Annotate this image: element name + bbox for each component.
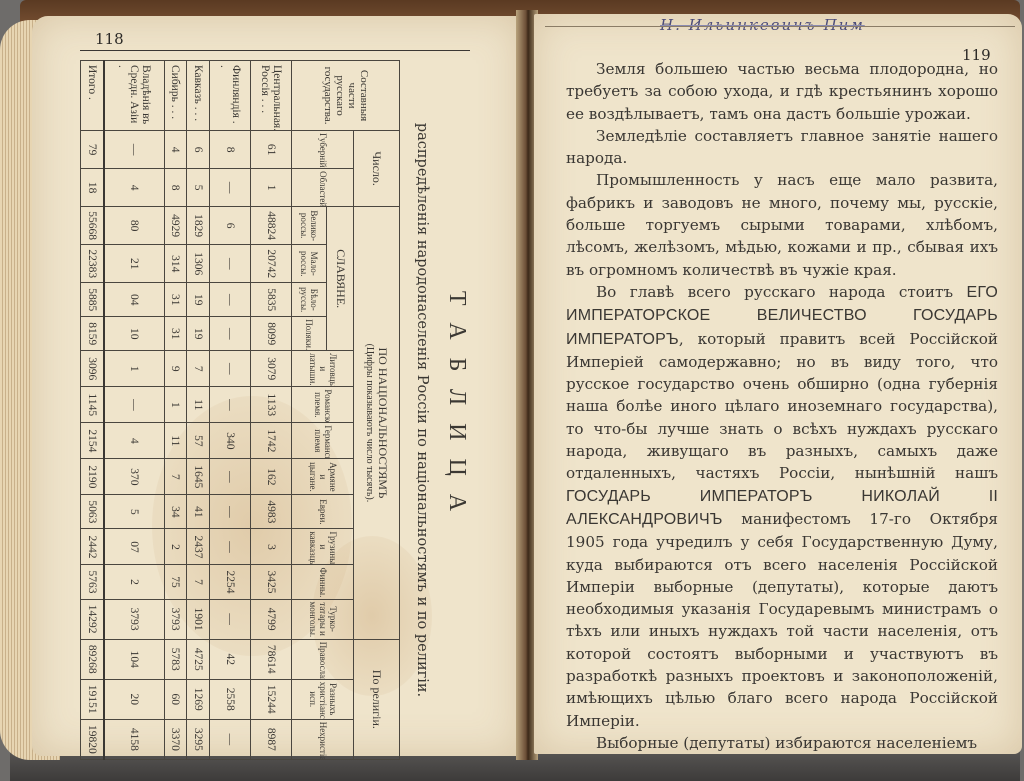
row-label: Сибирь . . . <box>164 61 187 131</box>
cell: 104 <box>104 639 164 679</box>
cell: 14292 <box>81 599 105 639</box>
cell: — <box>210 169 251 207</box>
table-body: Центральная. Россія . . . 61 1 48824 207… <box>81 61 292 760</box>
col-header: Областей. <box>292 169 354 207</box>
paragraph: Выборные (депутаты) избираются населеніе… <box>566 732 998 754</box>
cell: 370 <box>104 459 164 495</box>
group-slavs: СЛАВЯНЕ. <box>327 207 354 351</box>
col-header: Нехристіан. <box>292 719 354 759</box>
group-nationality-label: ПО НАЦІОНАЛЬНОСТЯМЪ <box>376 347 390 498</box>
cell: 3096 <box>81 351 105 387</box>
col-header: Евреи. <box>292 495 354 529</box>
cell: 21 <box>104 245 164 283</box>
population-table: ТАБЛИЦА распредѣленія народонаселенія Ро… <box>80 60 470 760</box>
table-row: Финляндія . . 8 — 6 — — — — — 340 — — — … <box>210 61 251 760</box>
table-subtitle: распредѣленія народонаселенія Россіи по … <box>410 60 430 760</box>
cell: 8159 <box>81 317 105 351</box>
cell: — <box>210 719 251 759</box>
cell: 10 <box>104 317 164 351</box>
group-nationality-note: (Цифры показываютъ число тысячъ). <box>364 209 375 637</box>
cell: — <box>210 459 251 495</box>
cell: 4983 <box>251 495 292 529</box>
cell: 3425 <box>251 565 292 599</box>
cell: 3295 <box>187 719 210 759</box>
cell: 8 <box>210 131 251 169</box>
col-header: Финны. <box>292 565 354 599</box>
cell: 75 <box>164 565 187 599</box>
table-row: Центральная. Россія . . . 61 1 48824 207… <box>251 61 292 760</box>
cell: 1742 <box>251 423 292 459</box>
cell: 22383 <box>81 245 105 283</box>
cell: — <box>210 529 251 565</box>
cell: 5 <box>104 495 164 529</box>
cell: 18 <box>81 169 105 207</box>
data-grid: Составныя части русскаго государства. Чи… <box>80 60 400 760</box>
table-row: Сибирь . . . 4 8 4929 314 31 31 9 1 11 7… <box>164 61 187 760</box>
cell: 1145 <box>81 387 105 423</box>
col-header: Разныхъ христіанскихъ исп. <box>292 679 354 719</box>
cell: 3370 <box>164 719 187 759</box>
cell: 8099 <box>251 317 292 351</box>
cell: 6 <box>210 207 251 245</box>
cell: 61 <box>251 131 292 169</box>
top-rule <box>545 26 1015 27</box>
cell: 5885 <box>81 283 105 317</box>
cell: 11 <box>164 423 187 459</box>
cell: 2254 <box>210 565 251 599</box>
col-header: Турко-татары и монголы. <box>292 599 354 639</box>
cell: 2 <box>104 565 164 599</box>
cell: 1901 <box>187 599 210 639</box>
cell: 5063 <box>81 495 105 529</box>
cell: 31 <box>164 317 187 351</box>
table-title: ТАБЛИЦА <box>440 60 470 760</box>
paragraph: Земледѣліе составляетъ главное занятіе н… <box>566 125 998 170</box>
cell: 41 <box>187 495 210 529</box>
cell: 78614 <box>251 639 292 679</box>
cell: — <box>210 599 251 639</box>
cell: — <box>210 283 251 317</box>
text-run: Во главѣ всего русскаго народа стоитъ <box>596 283 967 301</box>
cell: 31 <box>164 283 187 317</box>
cell: 314 <box>164 245 187 283</box>
text-run: , который правитъ всей Россійской Импері… <box>566 330 998 483</box>
row-label: Центральная. Россія . . . <box>251 61 292 131</box>
cell: 1306 <box>187 245 210 283</box>
cell: 7 <box>187 565 210 599</box>
cell: 2442 <box>81 529 105 565</box>
cell: 60 <box>164 679 187 719</box>
cell: 57 <box>187 423 210 459</box>
cell: 5763 <box>81 565 105 599</box>
table-row: Кавказъ . . . 6 5 1829 1306 19 19 7 11 5… <box>187 61 210 760</box>
cell: 19151 <box>81 679 105 719</box>
paragraph: Во главѣ всего русскаго народа стоитъ ЕГ… <box>566 281 998 732</box>
cell: 55668 <box>81 207 105 245</box>
cell: 2190 <box>81 459 105 495</box>
table-row: Владѣнія въ Средн. Азіи . — 4 80 21 04 1… <box>104 61 164 760</box>
row-label: Итого . <box>81 61 105 131</box>
col-header: Романское племя. <box>292 387 354 423</box>
cell: 3793 <box>104 599 164 639</box>
cell: 3 <box>251 529 292 565</box>
cell: 1829 <box>187 207 210 245</box>
col-header: Армяне и цыгане. <box>292 459 354 495</box>
cell: 1133 <box>251 387 292 423</box>
col-header: Велико-россы. <box>292 207 327 245</box>
cell: 4799 <box>251 599 292 639</box>
cell: 3079 <box>251 351 292 387</box>
paragraph: Промышленность у насъ еще мало развита, … <box>566 169 998 280</box>
cell: 1 <box>164 387 187 423</box>
cell: 07 <box>104 529 164 565</box>
cell: — <box>104 387 164 423</box>
cell: 4929 <box>164 207 187 245</box>
cell: 9 <box>164 351 187 387</box>
cell: 2437 <box>187 529 210 565</box>
col-header: Грузины и кавказцы. <box>292 529 354 565</box>
cell: 11 <box>187 387 210 423</box>
row-label: Финляндія . . <box>210 61 251 131</box>
row-header: Составныя части русскаго государства. <box>292 61 400 131</box>
body-text: Земля большею частью весьма плодородна, … <box>566 58 998 754</box>
cell: 8 <box>164 169 187 207</box>
col-header: Бѣло-руссы. <box>292 283 327 317</box>
cell: — <box>210 245 251 283</box>
cell: — <box>104 131 164 169</box>
cell: 2 <box>164 529 187 565</box>
cell: 4725 <box>187 639 210 679</box>
cell: — <box>210 351 251 387</box>
header-rule <box>80 50 470 51</box>
cell: 340 <box>210 423 251 459</box>
group-nationality: ПО НАЦІОНАЛЬНОСТЯМЪ (Цифры показываютъ ч… <box>354 207 400 640</box>
col-header: Германское племя <box>292 423 354 459</box>
col-header: Литовцы и латыши. <box>292 351 354 387</box>
cell: 5 <box>187 169 210 207</box>
cell: 20 <box>104 679 164 719</box>
cell: 80 <box>104 207 164 245</box>
paragraph: Земля большею частью весьма плодородна, … <box>566 58 998 125</box>
cell: 7 <box>187 351 210 387</box>
cell: 1645 <box>187 459 210 495</box>
cell: 79 <box>81 131 105 169</box>
group-count: Число. <box>354 131 400 207</box>
handwritten-signature: Н. Ильинкевичъ-Пим <box>660 16 865 34</box>
cell: 4 <box>104 423 164 459</box>
text-run: манифестомъ 17-го Октября 1905 года учре… <box>566 510 998 730</box>
cell: 4 <box>104 169 164 207</box>
row-label: Кавказъ . . . <box>187 61 210 131</box>
cell: 6 <box>187 131 210 169</box>
cell: 15244 <box>251 679 292 719</box>
cell: 2154 <box>81 423 105 459</box>
cell: 20742 <box>251 245 292 283</box>
cell: 4158 <box>104 719 164 759</box>
row-label: Владѣнія въ Средн. Азіи . <box>104 61 164 131</box>
open-book: 118 ТАБЛИЦА распредѣленія народонаселені… <box>0 0 1024 781</box>
cell: — <box>210 495 251 529</box>
cell: 8987 <box>251 719 292 759</box>
cell: — <box>210 387 251 423</box>
cell: 2558 <box>210 679 251 719</box>
cell: 3793 <box>164 599 187 639</box>
cell: 162 <box>251 459 292 495</box>
col-header: Мало-россы. <box>292 245 327 283</box>
cell: 5835 <box>251 283 292 317</box>
group-religion: По религіи. <box>354 639 400 759</box>
cell: — <box>210 317 251 351</box>
col-header: Губерній <box>292 131 354 169</box>
col-header: Православные. <box>292 639 354 679</box>
page-number-left: 118 <box>95 30 124 48</box>
cell: 5783 <box>164 639 187 679</box>
col-header: Поляки. <box>292 317 327 351</box>
cell: 19820 <box>81 719 105 759</box>
cell: 1 <box>104 351 164 387</box>
cell: 19 <box>187 283 210 317</box>
cell: 34 <box>164 495 187 529</box>
cell: 1 <box>251 169 292 207</box>
table-row-total: Итого . 79 18 55668 22383 5885 8159 3096… <box>81 61 105 760</box>
cell: 04 <box>104 283 164 317</box>
cell: 89268 <box>81 639 105 679</box>
cell: 4 <box>164 131 187 169</box>
cell: 7 <box>164 459 187 495</box>
cell: 42 <box>210 639 251 679</box>
cell: 48824 <box>251 207 292 245</box>
cell: 19 <box>187 317 210 351</box>
cell: 1269 <box>187 679 210 719</box>
